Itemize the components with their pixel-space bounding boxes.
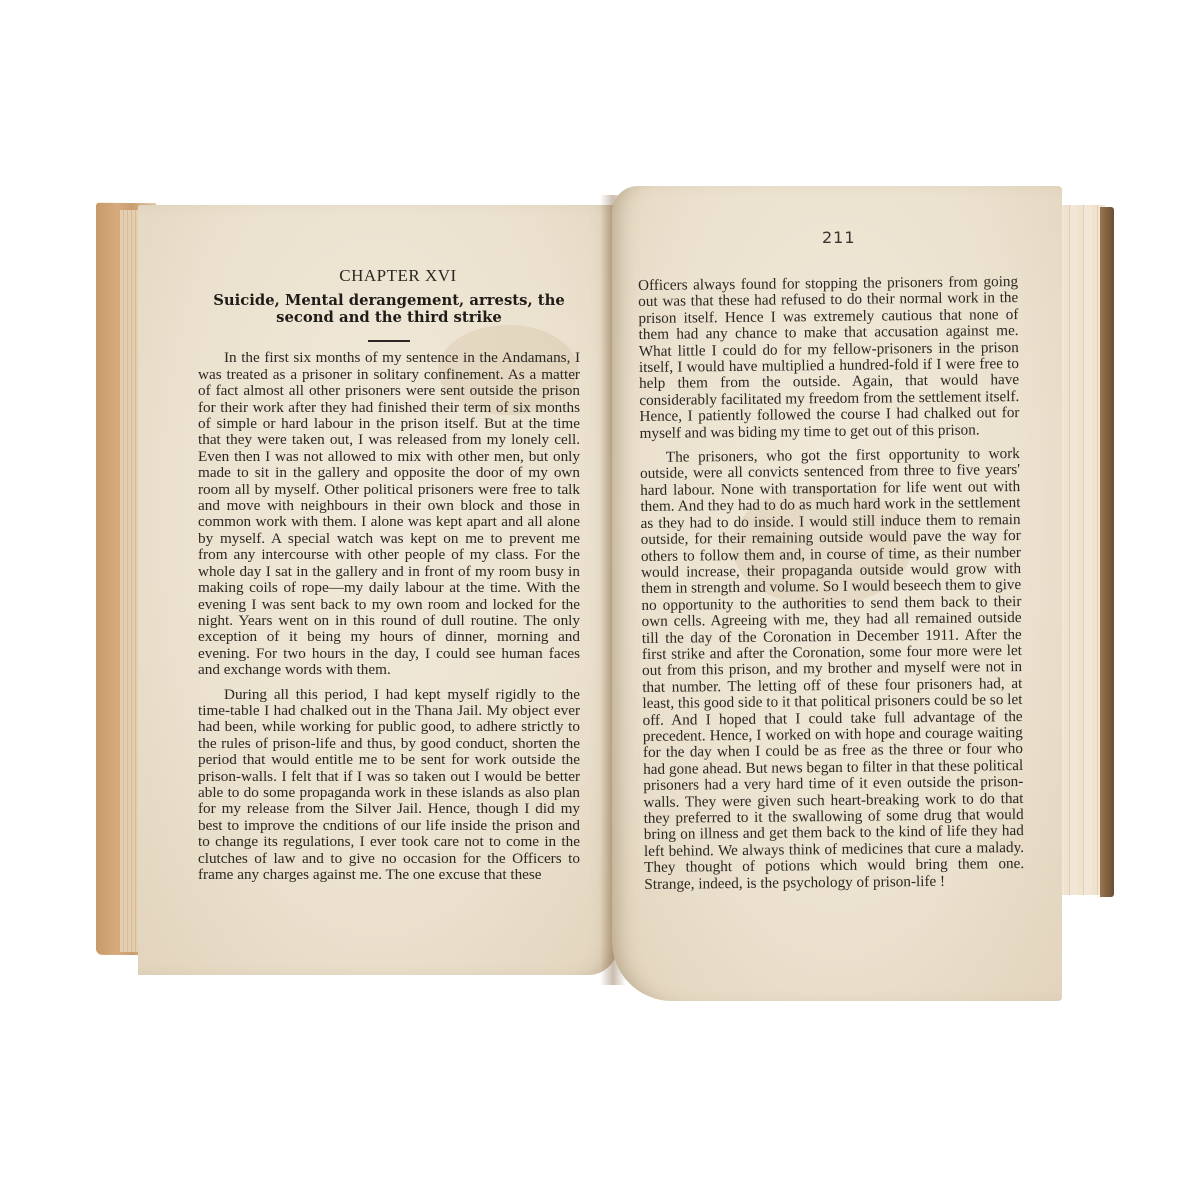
- page-number: 211: [822, 228, 856, 247]
- left-page-text: CHAPTER XVI Suicide, Mental derangement,…: [198, 268, 580, 891]
- title-rule: [368, 340, 410, 342]
- chapter-label: CHAPTER XVI: [216, 268, 580, 284]
- book-cover-right: [1100, 207, 1114, 897]
- chapter-title: Suicide, Mental derangement, arrests, th…: [198, 292, 580, 326]
- paragraph: Officers always found for stopping the p…: [638, 274, 1020, 442]
- paragraph: The prisoners, who got the first opportu…: [640, 446, 1025, 893]
- right-page-text: Officers always found for stopping the p…: [638, 274, 1025, 901]
- left-page: CHAPTER XVI Suicide, Mental derangement,…: [138, 205, 618, 975]
- paragraph: During all this period, I had kept mysel…: [198, 687, 580, 884]
- right-page: 211 Officers always found for stopping t…: [612, 186, 1062, 1001]
- open-book: CHAPTER XVI Suicide, Mental derangement,…: [0, 0, 1200, 1200]
- paragraph: In the first six months of my sentence i…: [198, 350, 580, 678]
